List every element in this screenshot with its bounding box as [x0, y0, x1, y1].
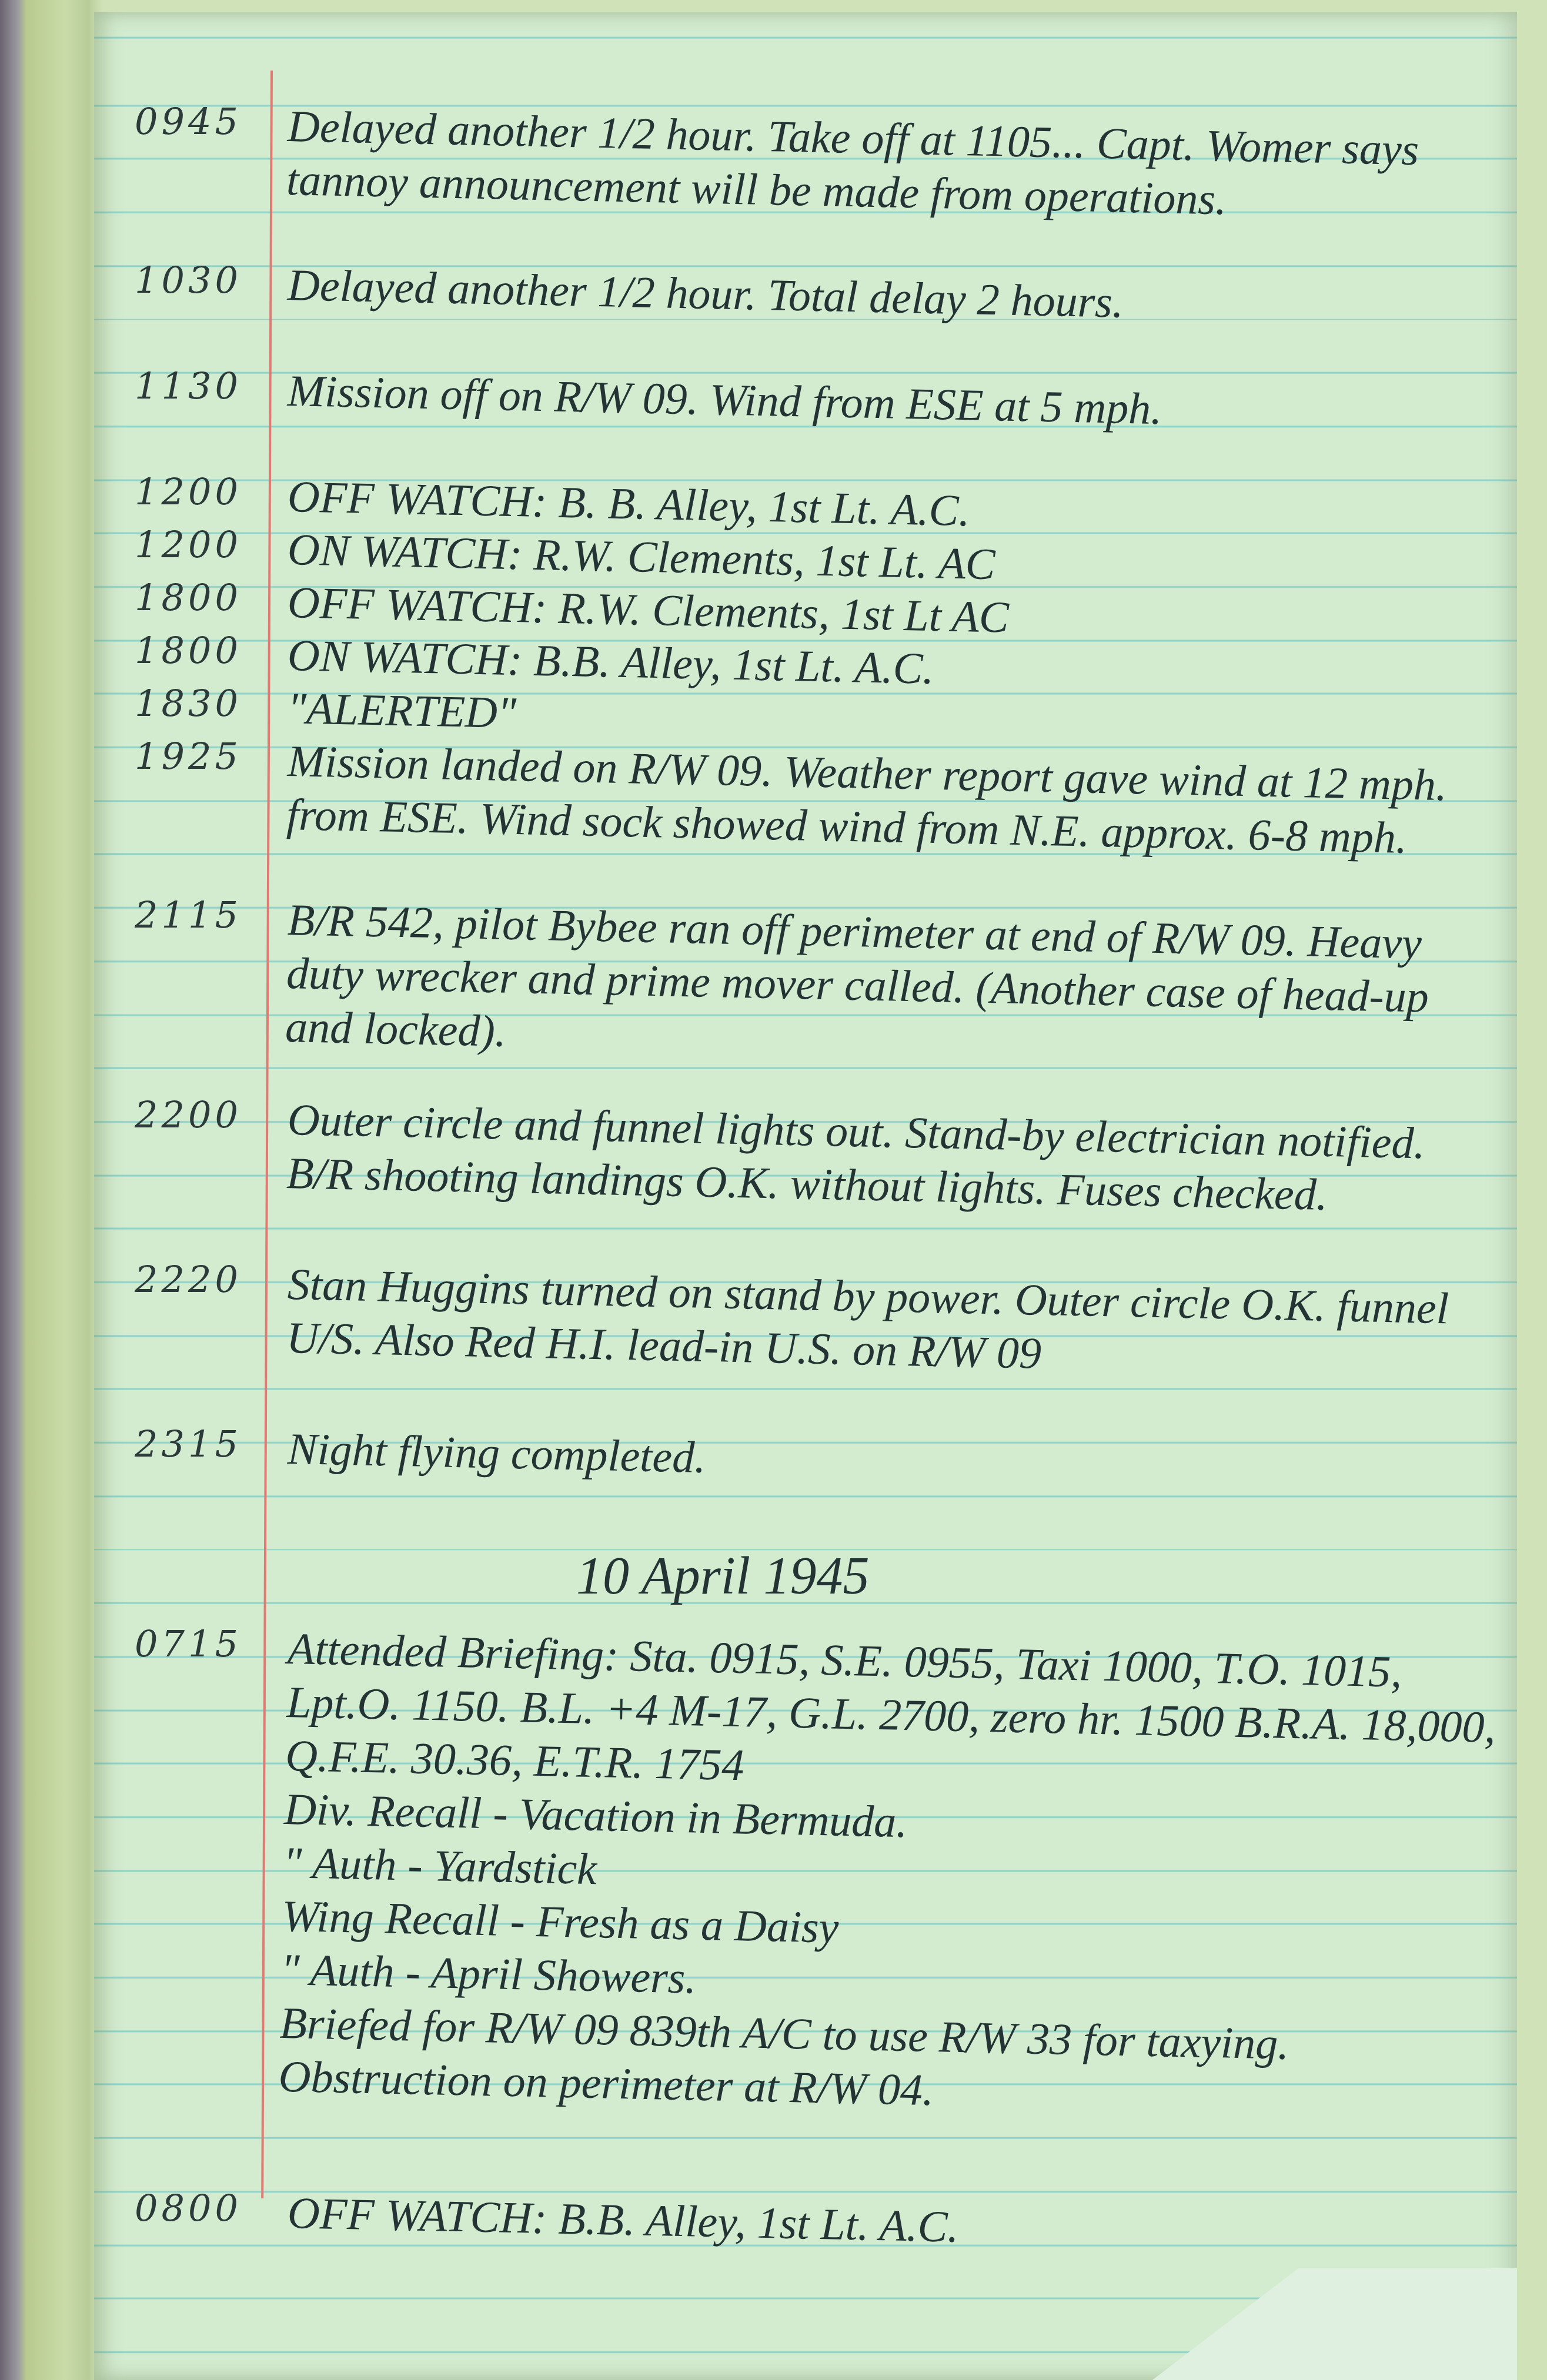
entry-text: Delayed another 1/2 hour. Take off at 11… — [286, 100, 1499, 232]
entry-time: 2220 — [118, 1258, 259, 1301]
entry-text: Outer circle and funnel lights out. Stan… — [286, 1093, 1499, 1226]
entry-time: 1800 — [118, 629, 259, 672]
entry-time: 0945 — [118, 100, 259, 143]
entry-text: Delayed another 1/2 hour. Total delay 2 … — [287, 259, 1499, 337]
entry-text: Mission off on R/W 09. Wind from ESE at … — [287, 364, 1499, 443]
entry-text: Stan Huggins turned on stand by power. O… — [286, 1258, 1499, 1390]
logbook-spine: 0945 Delayed another 1/2 hour. Take off … — [0, 0, 1547, 2380]
entry-time: 2115 — [118, 893, 259, 936]
entry-time: 1130 — [118, 364, 259, 407]
entry-text: B/R 542, pilot Bybee ran off perimeter a… — [285, 893, 1499, 1079]
entry-time: 1800 — [118, 576, 259, 619]
entry-text: OFF WATCH: B.B. Alley, 1st Lt. A.C. — [287, 2187, 1499, 2265]
entry-time: 1030 — [118, 259, 259, 302]
logbook-page: 0945 Delayed another 1/2 hour. Take off … — [94, 12, 1517, 2380]
date-heading: 10 April 1945 — [576, 1546, 869, 1606]
entry-text: Night flying completed. — [287, 1422, 1499, 1501]
entry-time: 2200 — [118, 1093, 259, 1136]
entry-time: 2315 — [118, 1422, 259, 1465]
entry-text: Attended Briefing: Sta. 0915, S.E. 0955,… — [278, 1622, 1499, 2129]
entry-time: 1925 — [118, 735, 259, 778]
entry-time: 1830 — [118, 682, 259, 725]
entry-time: 0715 — [118, 1622, 259, 1665]
entry-time: 0800 — [118, 2187, 259, 2230]
entry-time: 1200 — [118, 523, 259, 566]
log-entries: 0945 Delayed another 1/2 hour. Take off … — [94, 12, 1517, 2380]
entry-time: 1200 — [118, 470, 259, 513]
